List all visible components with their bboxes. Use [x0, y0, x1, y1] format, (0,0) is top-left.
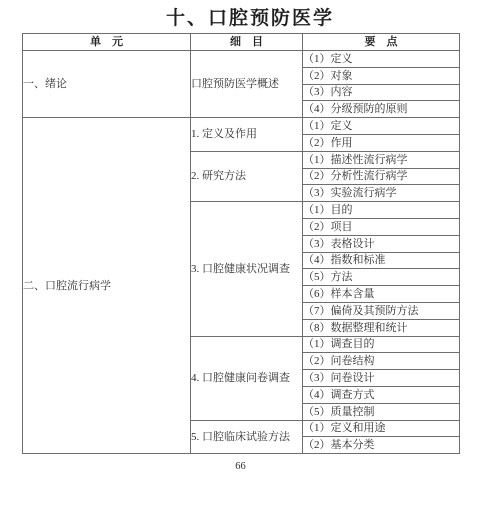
point-cell: （2）对象: [303, 67, 460, 84]
syllabus-table: 单 元 细 目 要 点 一、绪论口腔预防医学概述（1）定义（2）对象（3）内容（…: [22, 33, 460, 454]
point-cell: （4）调查方式: [303, 386, 460, 403]
page-number: 66: [0, 461, 481, 472]
point-cell: （3）内容: [303, 84, 460, 101]
detail-cell: 1. 定义及作用: [191, 118, 303, 152]
detail-cell: 口腔预防医学概述: [191, 51, 303, 118]
point-cell: （2）分析性流行病学: [303, 168, 460, 185]
point-cell: （2）作用: [303, 134, 460, 151]
detail-cell: 2. 研究方法: [191, 151, 303, 201]
header-points: 要 点: [303, 34, 460, 51]
point-cell: （2）基本分类: [303, 437, 460, 454]
point-cell: （3）问卷设计: [303, 370, 460, 387]
point-cell: （1）目的: [303, 202, 460, 219]
point-cell: （2）问卷结构: [303, 353, 460, 370]
point-cell: （8）数据整理和统计: [303, 319, 460, 336]
point-cell: （3）实验流行病学: [303, 185, 460, 202]
point-cell: （1）定义: [303, 51, 460, 68]
header-unit: 单 元: [23, 34, 191, 51]
point-cell: （1）调查目的: [303, 336, 460, 353]
point-cell: （4）分级预防的原则: [303, 101, 460, 118]
point-cell: （2）项目: [303, 218, 460, 235]
detail-cell: 3. 口腔健康状况调查: [191, 202, 303, 336]
unit-cell: 二、口腔流行病学: [23, 118, 191, 454]
point-cell: （5）方法: [303, 269, 460, 286]
point-cell: （1）定义: [303, 118, 460, 135]
detail-cell: 4. 口腔健康问卷调查: [191, 336, 303, 420]
point-cell: （1）定义和用途: [303, 420, 460, 437]
page-title: 十、口腔预防医学: [0, 3, 500, 30]
point-cell: （7）偏倚及其预防方法: [303, 302, 460, 319]
point-cell: （5）质量控制: [303, 403, 460, 420]
syllabus-table-header: 单 元 细 目 要 点: [23, 34, 460, 51]
header-detail: 细 目: [191, 34, 303, 51]
point-cell: （1）描述性流行病学: [303, 151, 460, 168]
document-page: 十、口腔预防医学 单 元 细 目 要 点 一、绪论口腔预防医学概述（1）定义（2…: [0, 0, 500, 509]
unit-cell: 一、绪论: [23, 51, 191, 118]
point-cell: （3）表格设计: [303, 235, 460, 252]
point-cell: （4）指数和标准: [303, 252, 460, 269]
detail-cell: 5. 口腔临床试验方法: [191, 420, 303, 454]
table-row: 二、口腔流行病学1. 定义及作用（1）定义: [23, 118, 460, 135]
syllabus-table-body: 一、绪论口腔预防医学概述（1）定义（2）对象（3）内容（4）分级预防的原则二、口…: [23, 51, 460, 454]
point-cell: （6）样本含量: [303, 286, 460, 303]
header-row: 单 元 细 目 要 点: [23, 34, 460, 51]
table-row: 一、绪论口腔预防医学概述（1）定义: [23, 51, 460, 68]
